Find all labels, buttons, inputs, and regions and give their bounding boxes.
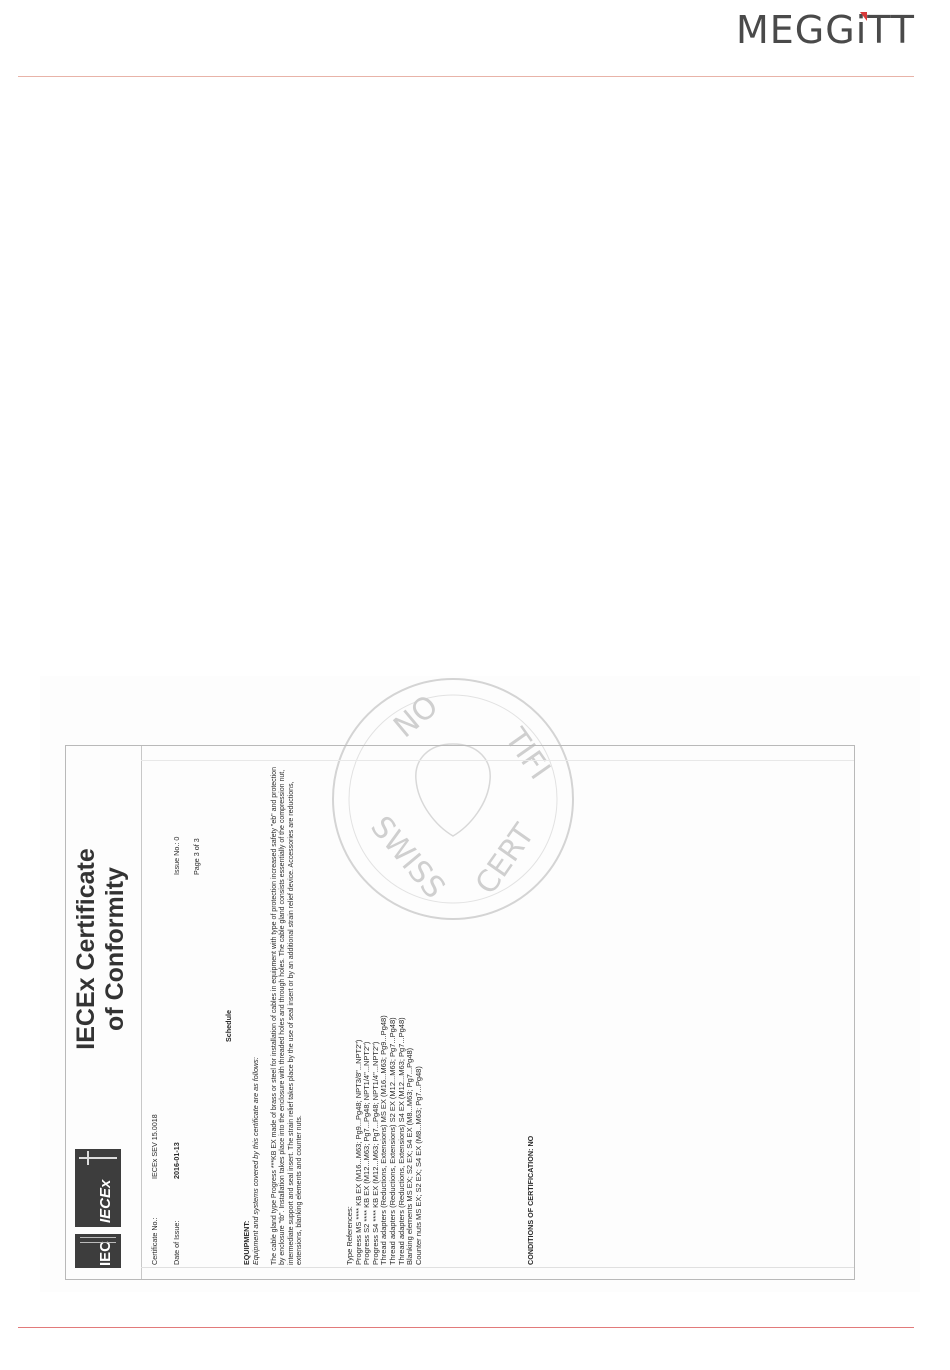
- issue-no: Issue No.: 0: [172, 837, 181, 875]
- iecex-logo-text: IECEx: [97, 1180, 114, 1223]
- certificate-header: IEC IECEx IECEx Certificate of Conformit…: [66, 746, 142, 1279]
- equipment-subheading: Equipment and systems covered by this ce…: [251, 1057, 260, 1265]
- cert-no-value: IECEx SEV 15.0018: [150, 1114, 159, 1179]
- footer-divider: [18, 1327, 914, 1328]
- right-margin-line: [141, 760, 854, 761]
- iecex-logo-cross-h: [87, 1151, 89, 1165]
- conditions-of-certification: CONDITIONS OF CERTIFICATION: NO: [526, 1136, 535, 1265]
- equipment-heading: EQUIPMENT:: [242, 1221, 251, 1265]
- schedule-heading: Schedule: [224, 1010, 233, 1042]
- svg-text:NO: NO: [387, 689, 445, 745]
- meggitt-logo: MEGGiTT: [736, 8, 915, 52]
- iec-logo-text: IEC: [97, 1241, 114, 1266]
- title-line-2: of Conformity: [101, 799, 130, 1099]
- type-references: Type References: Progress MS **** KB EX …: [346, 1015, 423, 1265]
- iec-logo: IEC: [75, 1234, 121, 1268]
- page-number: Page 3 of 3: [192, 838, 201, 875]
- logo-accent-tick: [860, 12, 867, 21]
- type-reference-item: Counter nuts MS EX; S2 EX; S4 EX (M8...M…: [415, 1015, 424, 1265]
- left-margin-line: [141, 1267, 854, 1268]
- certificate-page-frame: IEC IECEx IECEx Certificate of Conformit…: [65, 745, 855, 1280]
- certificate-page: IEC IECEx IECEx Certificate of Conformit…: [65, 745, 855, 1280]
- title-line-1: IECEx Certificate: [72, 799, 101, 1099]
- date-value: 2016-01-13: [172, 1142, 181, 1179]
- iecex-logo-cross-v: [79, 1157, 117, 1159]
- certificate-title: IECEx Certificate of Conformity: [72, 799, 130, 1099]
- date-label: Date of Issue:: [172, 1221, 181, 1265]
- brand-name: MEGGiTT: [736, 8, 915, 52]
- cert-no-label: Certificate No.:: [150, 1217, 159, 1265]
- equipment-description: The cable gland type Progress ***KB EX m…: [271, 765, 304, 1265]
- header-divider: [18, 76, 914, 77]
- iec-logo-bars: [80, 1237, 116, 1243]
- iecex-logo: IECEx: [75, 1149, 121, 1227]
